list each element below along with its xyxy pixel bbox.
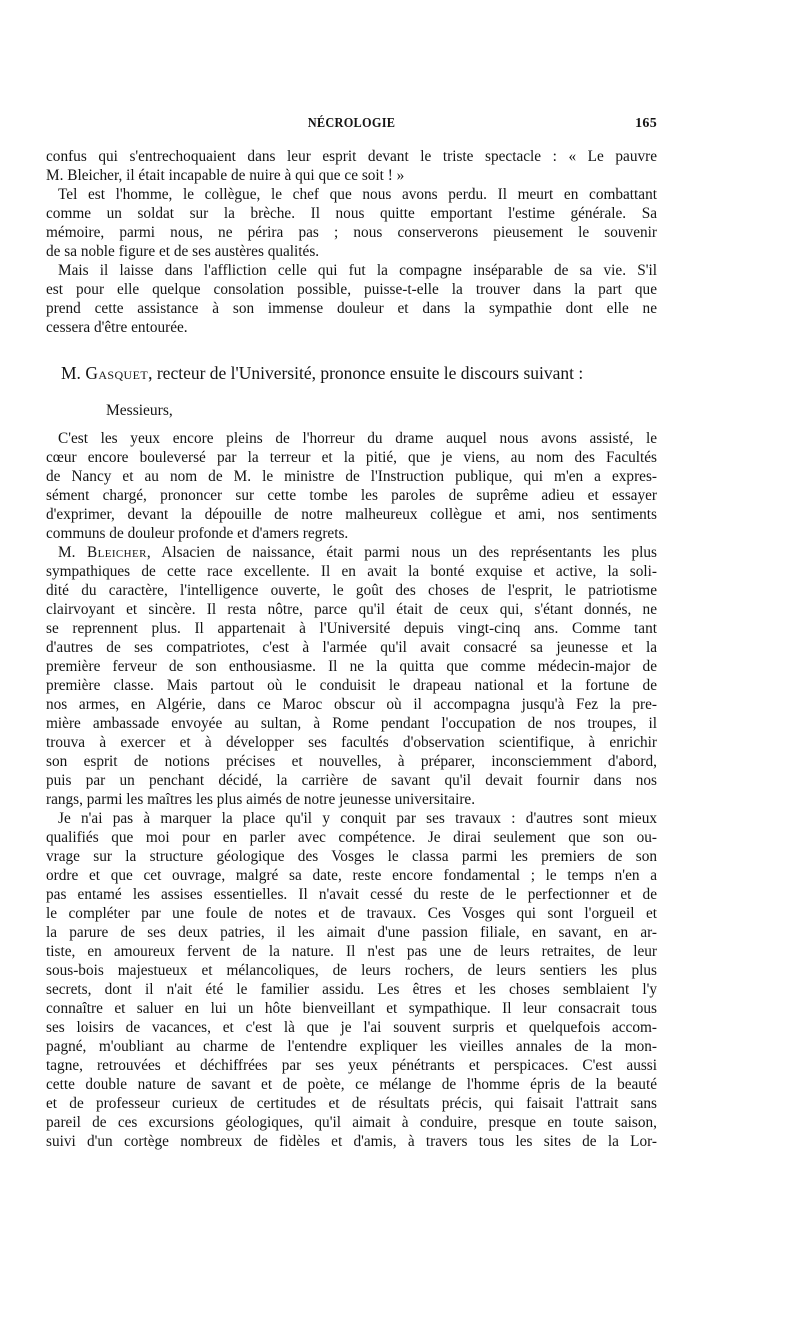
page-number: 165 <box>635 116 657 132</box>
text-line: confus qui s'entrechoquaient dans leur e… <box>46 147 657 166</box>
speech-text: C'est les yeux encore pleins de l'horreu… <box>46 429 657 1151</box>
running-head-title: NÉCROLOGIE <box>83 116 621 132</box>
text-line: nos armes, en Algérie, dans ce Maroc obs… <box>46 695 657 714</box>
text-line: d'exprimer, devant la dépouille de notre… <box>46 505 657 524</box>
text-line: trouva à exercer et à développer ses fac… <box>46 733 657 752</box>
text-line: cette double nature de savant et de poèt… <box>46 1075 657 1094</box>
text-line: suivi d'un cortège nombreux de fidèles e… <box>46 1132 657 1151</box>
text-line: sous-bois majestueux et mélancoliques, d… <box>46 961 657 980</box>
subject-name: Bleicher <box>87 544 147 561</box>
text-line: pas entamé les assises essentielles. Il … <box>46 885 657 904</box>
speech-introduction: M. Gasquet, recteur de l'Université, pro… <box>46 362 657 384</box>
text-line: clairvoyant et sincère. Il resta nôtre, … <box>46 600 657 619</box>
text-line: son esprit de notions précises et nouvel… <box>46 752 657 771</box>
text-line: le compléter par une foule de notes et d… <box>46 904 657 923</box>
text-line: de Nancy et au nom de M. le ministre de … <box>46 467 657 486</box>
intro-text: , recteur de l'Université, prononce ensu… <box>148 363 583 383</box>
text-before-speech: confus qui s'entrechoquaient dans leur e… <box>46 147 657 337</box>
text-line: Je n'ai pas à marquer la place qu'il y c… <box>46 809 657 828</box>
paragraph: M. Bleicher, Alsacien de naissance, étai… <box>46 543 657 809</box>
text-line: rangs, parmi les maîtres les plus aimés … <box>46 790 657 809</box>
text-line: est pour elle quelque consolation possib… <box>46 280 657 299</box>
text-line: mémoire, parmi nous, ne périra pas ; nou… <box>46 223 657 242</box>
text-line: d'autres de ses compatriotes, c'est à l'… <box>46 638 657 657</box>
text-line: comme un soldat sur la brèche. Il nous q… <box>46 204 657 223</box>
document-page: NÉCROLOGIE 165 confus qui s'entrechoquai… <box>46 114 657 1151</box>
text-line: mière ambassade envoyée au sultan, à Rom… <box>46 714 657 733</box>
text-line: tiste, en amoureux fervent de la nature.… <box>46 942 657 961</box>
lead-text: , Alsacien de naissance, était parmi nou… <box>147 544 657 561</box>
paragraph: C'est les yeux encore pleins de l'horreu… <box>46 429 657 543</box>
text-line: se reprennent plus. Il appartenait à l'U… <box>46 619 657 638</box>
text-line: première ferveur de son enthousiasme. Il… <box>46 657 657 676</box>
paragraph: Mais il laisse dans l'affliction celle q… <box>46 261 657 337</box>
speaker-name: Gasquet <box>85 363 148 383</box>
text-line: première classe. Mais partout où le cond… <box>46 676 657 695</box>
text-line: connaître et saluer en lui un hôte bienv… <box>46 999 657 1018</box>
text-line: prend cette assistance à son immense dou… <box>46 299 657 318</box>
paragraph: Je n'ai pas à marquer la place qu'il y c… <box>46 809 657 1151</box>
text-line: qualifiés que moi pour en parler avec co… <box>46 828 657 847</box>
text-line: Tel est l'homme, le collègue, le chef qu… <box>46 185 657 204</box>
text-line: ses loisirs de vacances, et c'est là que… <box>46 1018 657 1037</box>
text-line: secrets, dont il n'ait été le familier a… <box>46 980 657 999</box>
running-head: NÉCROLOGIE 165 <box>46 114 657 134</box>
text-line: ordre et que cet ouvrage, malgré sa date… <box>46 866 657 885</box>
text-line: la parure de ses deux patries, il les ai… <box>46 923 657 942</box>
paragraph: confus qui s'entrechoquaient dans leur e… <box>46 147 657 185</box>
paragraph: Tel est l'homme, le collègue, le chef qu… <box>46 185 657 261</box>
intro-prefix: M. <box>61 363 85 383</box>
text-line: puis par un penchant décidé, la carrière… <box>46 771 657 790</box>
text-line: pagné, m'oubliant au charme de l'entendr… <box>46 1037 657 1056</box>
salutation: Messieurs, <box>46 401 657 420</box>
text-line: dité du caractère, l'intelligence ouvert… <box>46 581 657 600</box>
text-line: sément chargé, prononcer sur cette tombe… <box>46 486 657 505</box>
text-line: M. Bleicher, il était incapable de nuire… <box>46 166 657 185</box>
text-line: C'est les yeux encore pleins de l'horreu… <box>46 429 657 448</box>
text-line: et de professeur curieux de certitudes e… <box>46 1094 657 1113</box>
text-line: pareil de ces excursions géologiques, qu… <box>46 1113 657 1132</box>
text-line: communs de douleur profonde et d'amers r… <box>46 524 657 543</box>
text-line: vrage sur la structure géologique des Vo… <box>46 847 657 866</box>
lead-prefix: M. <box>58 544 87 561</box>
text-line: Mais il laisse dans l'affliction celle q… <box>46 261 657 280</box>
text-line: M. Bleicher, Alsacien de naissance, étai… <box>46 543 657 562</box>
text-line: tagne, retrouvées et déchiffrées par ses… <box>46 1056 657 1075</box>
text-line: de sa noble figure et de ses austères qu… <box>46 242 657 261</box>
text-line: cessera d'être entourée. <box>46 318 657 337</box>
text-line: cœur encore bouleversé par la terreur et… <box>46 448 657 467</box>
text-line: sympathiques de cette race excellente. I… <box>46 562 657 581</box>
